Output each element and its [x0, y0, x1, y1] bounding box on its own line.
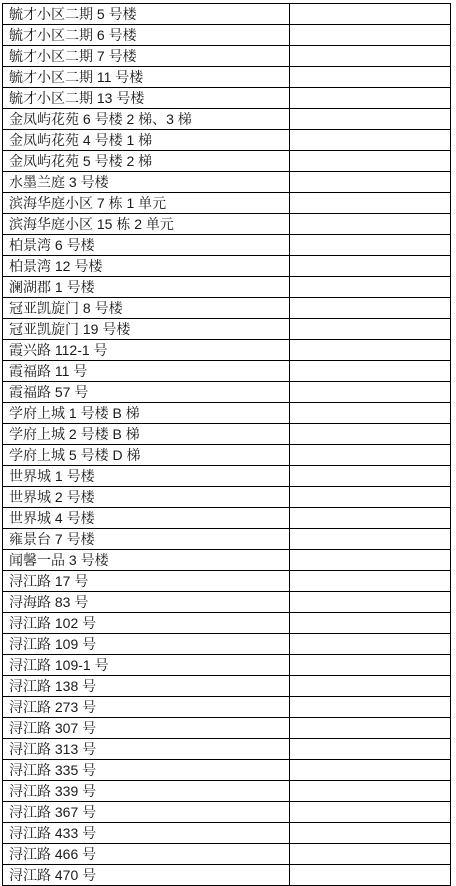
address-cell[interactable]: 毓才小区二期 11 号楼 — [3, 67, 290, 88]
empty-cell[interactable] — [290, 655, 451, 676]
table-row: 世界城 1 号楼 — [3, 466, 451, 487]
table-row: 霞福路 57 号 — [3, 382, 451, 403]
address-cell[interactable]: 水墨兰庭 3 号楼 — [3, 172, 290, 193]
empty-cell[interactable] — [290, 25, 451, 46]
address-cell[interactable]: 浔江路 109-1 号 — [3, 655, 290, 676]
table-row: 世界城 4 号楼 — [3, 508, 451, 529]
table-row: 浔江路 307 号 — [3, 718, 451, 739]
address-cell[interactable]: 雍景台 7 号楼 — [3, 529, 290, 550]
table-row: 浔江路 102 号 — [3, 613, 451, 634]
address-cell[interactable]: 浔江路 433 号 — [3, 823, 290, 844]
empty-cell[interactable] — [290, 487, 451, 508]
address-cell[interactable]: 金凤屿花苑 5 号楼 2 梯 — [3, 151, 290, 172]
address-cell[interactable]: 柏景湾 12 号楼 — [3, 256, 290, 277]
address-cell[interactable]: 毓才小区二期 6 号楼 — [3, 25, 290, 46]
address-cell[interactable]: 学府上城 1 号楼 B 梯 — [3, 403, 290, 424]
table-row: 冠亚凯旋门 19 号楼 — [3, 319, 451, 340]
empty-cell[interactable] — [290, 844, 451, 865]
empty-cell[interactable] — [290, 298, 451, 319]
table-row: 学府上城 5 号楼 D 梯 — [3, 445, 451, 466]
table-row: 浔江路 138 号 — [3, 676, 451, 697]
table-row: 闻馨一品 3 号楼 — [3, 550, 451, 571]
empty-cell[interactable] — [290, 340, 451, 361]
table-row: 霞福路 11 号 — [3, 361, 451, 382]
empty-cell[interactable] — [290, 508, 451, 529]
table-row: 浔江路 466 号 — [3, 844, 451, 865]
empty-cell[interactable] — [290, 823, 451, 844]
address-cell[interactable]: 柏景湾 6 号楼 — [3, 235, 290, 256]
address-cell[interactable]: 浔江路 138 号 — [3, 676, 290, 697]
address-cell[interactable]: 世界城 4 号楼 — [3, 508, 290, 529]
empty-cell[interactable] — [290, 634, 451, 655]
empty-cell[interactable] — [290, 550, 451, 571]
address-cell[interactable]: 浔江路 470 号 — [3, 865, 290, 876]
table-row: 浔海路 83 号 — [3, 592, 451, 613]
empty-cell[interactable] — [290, 235, 451, 256]
empty-cell[interactable] — [290, 718, 451, 739]
empty-cell[interactable] — [290, 214, 451, 235]
table-row: 浔江路 313 号 — [3, 739, 451, 760]
empty-cell[interactable] — [290, 445, 451, 466]
address-cell[interactable]: 霞福路 11 号 — [3, 361, 290, 382]
empty-cell[interactable] — [290, 361, 451, 382]
empty-cell[interactable] — [290, 529, 451, 550]
empty-cell[interactable] — [290, 172, 451, 193]
empty-cell[interactable] — [290, 592, 451, 613]
table-row: 浔江路 273 号 — [3, 697, 451, 718]
table-row: 浔江路 109 号 — [3, 634, 451, 655]
empty-cell[interactable] — [290, 109, 451, 130]
table-row: 学府上城 2 号楼 B 梯 — [3, 424, 451, 445]
table-row: 毓才小区二期 5 号楼 — [3, 4, 451, 25]
empty-cell[interactable] — [290, 760, 451, 781]
empty-cell[interactable] — [290, 802, 451, 823]
empty-cell[interactable] — [290, 466, 451, 487]
table-row: 浔江路 470 号 — [3, 865, 451, 876]
table-row: 雍景台 7 号楼 — [3, 529, 451, 550]
table-row: 毓才小区二期 13 号楼 — [3, 88, 451, 109]
address-cell[interactable]: 闻馨一品 3 号楼 — [3, 550, 290, 571]
table-row: 金凤屿花苑 5 号楼 2 梯 — [3, 151, 451, 172]
address-cell[interactable]: 毓才小区二期 5 号楼 — [3, 4, 290, 25]
empty-cell[interactable] — [290, 193, 451, 214]
table-row: 浔江路 367 号 — [3, 802, 451, 823]
address-cell[interactable]: 毓才小区二期 7 号楼 — [3, 46, 290, 67]
table-row: 浔江路 335 号 — [3, 760, 451, 781]
table-row: 毓才小区二期 7 号楼 — [3, 46, 451, 67]
empty-cell[interactable] — [290, 865, 451, 876]
spreadsheet-region: 毓才小区二期 5 号楼毓才小区二期 6 号楼毓才小区二期 7 号楼毓才小区二期 … — [2, 3, 451, 875]
table-row: 滨海华庭小区 15 栋 2 单元 — [3, 214, 451, 235]
empty-cell[interactable] — [290, 46, 451, 67]
table-row: 霞兴路 112-1 号 — [3, 340, 451, 361]
table-row: 水墨兰庭 3 号楼 — [3, 172, 451, 193]
address-table: 毓才小区二期 5 号楼毓才小区二期 6 号楼毓才小区二期 7 号楼毓才小区二期 … — [2, 3, 451, 875]
table-row: 柏景湾 6 号楼 — [3, 235, 451, 256]
table-row: 金凤屿花苑 6 号楼 2 梯、3 梯 — [3, 109, 451, 130]
table-row: 浔江路 339 号 — [3, 781, 451, 802]
address-cell[interactable]: 毓才小区二期 13 号楼 — [3, 88, 290, 109]
empty-cell[interactable] — [290, 613, 451, 634]
address-cell[interactable]: 世界城 1 号楼 — [3, 466, 290, 487]
table-row: 世界城 2 号楼 — [3, 487, 451, 508]
address-cell[interactable]: 浔江路 109 号 — [3, 634, 290, 655]
empty-cell[interactable] — [290, 130, 451, 151]
address-cell[interactable]: 浔江路 273 号 — [3, 697, 290, 718]
address-cell[interactable]: 学府上城 2 号楼 B 梯 — [3, 424, 290, 445]
address-cell[interactable]: 学府上城 5 号楼 D 梯 — [3, 445, 290, 466]
empty-cell[interactable] — [290, 151, 451, 172]
empty-cell[interactable] — [290, 256, 451, 277]
address-cell[interactable]: 世界城 2 号楼 — [3, 487, 290, 508]
table-row: 毓才小区二期 11 号楼 — [3, 67, 451, 88]
empty-cell[interactable] — [290, 319, 451, 340]
address-cell[interactable]: 浔江路 367 号 — [3, 802, 290, 823]
table-row: 澜湖郡 1 号楼 — [3, 277, 451, 298]
table-row: 浔江路 17 号 — [3, 571, 451, 592]
table-row: 浔江路 433 号 — [3, 823, 451, 844]
address-cell[interactable]: 滨海华庭小区 15 栋 2 单元 — [3, 214, 290, 235]
empty-cell[interactable] — [290, 67, 451, 88]
address-cell[interactable]: 滨海华庭小区 7 栋 1 单元 — [3, 193, 290, 214]
empty-cell[interactable] — [290, 424, 451, 445]
address-cell[interactable]: 浔海路 83 号 — [3, 592, 290, 613]
empty-cell[interactable] — [290, 739, 451, 760]
empty-cell[interactable] — [290, 781, 451, 802]
empty-cell[interactable] — [290, 571, 451, 592]
address-cell[interactable]: 浔江路 466 号 — [3, 844, 290, 865]
table-row: 毓才小区二期 6 号楼 — [3, 25, 451, 46]
address-table-body: 毓才小区二期 5 号楼毓才小区二期 6 号楼毓才小区二期 7 号楼毓才小区二期 … — [3, 4, 451, 876]
table-row: 柏景湾 12 号楼 — [3, 256, 451, 277]
address-cell[interactable]: 霞兴路 112-1 号 — [3, 340, 290, 361]
address-cell[interactable]: 浔江路 335 号 — [3, 760, 290, 781]
empty-cell[interactable] — [290, 403, 451, 424]
empty-cell[interactable] — [290, 382, 451, 403]
table-row: 学府上城 1 号楼 B 梯 — [3, 403, 451, 424]
address-cell[interactable]: 金凤屿花苑 4 号楼 1 梯 — [3, 130, 290, 151]
address-cell[interactable]: 金凤屿花苑 6 号楼 2 梯、3 梯 — [3, 109, 290, 130]
address-cell[interactable]: 冠亚凯旋门 8 号楼 — [3, 298, 290, 319]
empty-cell[interactable] — [290, 697, 451, 718]
table-row: 浔江路 109-1 号 — [3, 655, 451, 676]
address-cell[interactable]: 冠亚凯旋门 19 号楼 — [3, 319, 290, 340]
address-cell[interactable]: 浔江路 102 号 — [3, 613, 290, 634]
address-cell[interactable]: 浔江路 339 号 — [3, 781, 290, 802]
address-cell[interactable]: 澜湖郡 1 号楼 — [3, 277, 290, 298]
address-cell[interactable]: 霞福路 57 号 — [3, 382, 290, 403]
table-row: 冠亚凯旋门 8 号楼 — [3, 298, 451, 319]
table-row: 滨海华庭小区 7 栋 1 单元 — [3, 193, 451, 214]
address-cell[interactable]: 浔江路 313 号 — [3, 739, 290, 760]
address-cell[interactable]: 浔江路 17 号 — [3, 571, 290, 592]
empty-cell[interactable] — [290, 4, 451, 25]
empty-cell[interactable] — [290, 676, 451, 697]
empty-cell[interactable] — [290, 277, 451, 298]
table-row: 金凤屿花苑 4 号楼 1 梯 — [3, 130, 451, 151]
empty-cell[interactable] — [290, 88, 451, 109]
address-cell[interactable]: 浔江路 307 号 — [3, 718, 290, 739]
